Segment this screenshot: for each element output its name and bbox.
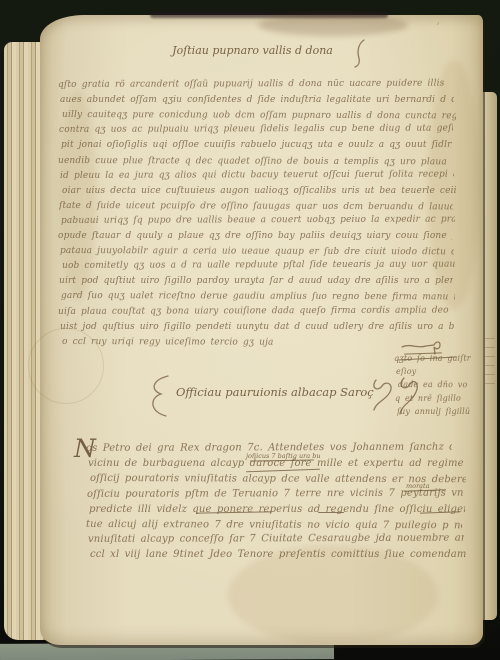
manuscript-line: contra qʒ uos ac pulpuaiu uriqʒ pleueu ſ… xyxy=(59,124,453,135)
manuscript-line: tue alicuj alij extraneo 7 dre vniuſitat… xyxy=(86,519,462,531)
heading-tail-flourish-icon xyxy=(352,38,368,68)
manuscript-line: id pleuu la ea jura qʒ alios qui dictu b… xyxy=(60,169,454,180)
marginal-note-line: eſioy xyxy=(396,367,476,376)
manuscript-line: pit jonai oſioſiglis uqi oſſloe cuuiſis … xyxy=(61,140,455,150)
manuscript-line: uist jod quſtius uiro ſigillo pendeti uu… xyxy=(60,322,454,332)
next-page-showthrough xyxy=(485,338,495,392)
stain xyxy=(258,14,408,36)
manuscript-line: qſto gratia rõ arcanderit oſſaũ pupuarij… xyxy=(58,79,448,90)
manuscript-line: uilly cauiteqʒ pure conicdung uob dcm oſ… xyxy=(62,110,456,121)
manuscript-line: ſtate d ſuide uiceut pcuipſo dre oſſino … xyxy=(59,201,453,212)
manuscript-line: aues abundet oſſam qʒiu conſidentes d ſi… xyxy=(60,95,454,105)
manuscript-line: gard ſuo quʒ ualet riceſtno derue gaudiu… xyxy=(61,291,455,302)
manuscript-line: uob comitetly qʒ uos a d ra ualle repduu… xyxy=(62,260,456,271)
manuscript-line: uiſa plaua couſtat qʒ bona uiary couiſio… xyxy=(58,305,452,316)
manuscript-line: o ccl ruy uriqi regy uiceſimo tercio gʒ … xyxy=(62,337,324,348)
manuscript-line: vniuſitati alcayp conceſſo ſar 7 Ciuitat… xyxy=(88,533,464,545)
interlinear-insertion: joñicus 7 baſtig ura bu xyxy=(246,452,321,460)
manuscript-line: pabuaui uriqʒ ſq pupo dre uallis beaue a… xyxy=(61,215,455,226)
heading-right-flourish-icon xyxy=(368,376,422,416)
manuscript-line: uendib cuue plue ſtracte q dec quadet oſ… xyxy=(58,156,452,167)
manuscript-line: uirt pod quſtiut uiro ſigillo pardoy ura… xyxy=(59,276,453,286)
folio-mark: ʼ xyxy=(436,22,439,33)
manuscript-line: predicte illi videlz que ponere reperius… xyxy=(89,504,465,515)
manuscript-line: ccl xl viij lane 9tinet Jdeo Tenore preſ… xyxy=(90,549,466,560)
middle-heading: Officiau pauruionis albacap Saroç xyxy=(176,385,374,399)
interlinear-insertion: morata xyxy=(406,482,430,490)
top-heading: Joſtiau pupnaro vallis d dona xyxy=(150,44,355,57)
heading-left-flourish-icon xyxy=(146,374,172,418)
manuscript-photo: ʼ Joſtiau pupnaro vallis d dona qſto gra… xyxy=(0,0,500,660)
manuscript-line: oiar uius decta uice cuſtuuieus augon ua… xyxy=(62,186,456,196)
manuscript-line: opude ſtauar d quuly a plaue qʒ dre oſſi… xyxy=(58,231,452,241)
manuscript-line: pataua juuyolabilr aguir a ceria uio uea… xyxy=(60,246,454,257)
